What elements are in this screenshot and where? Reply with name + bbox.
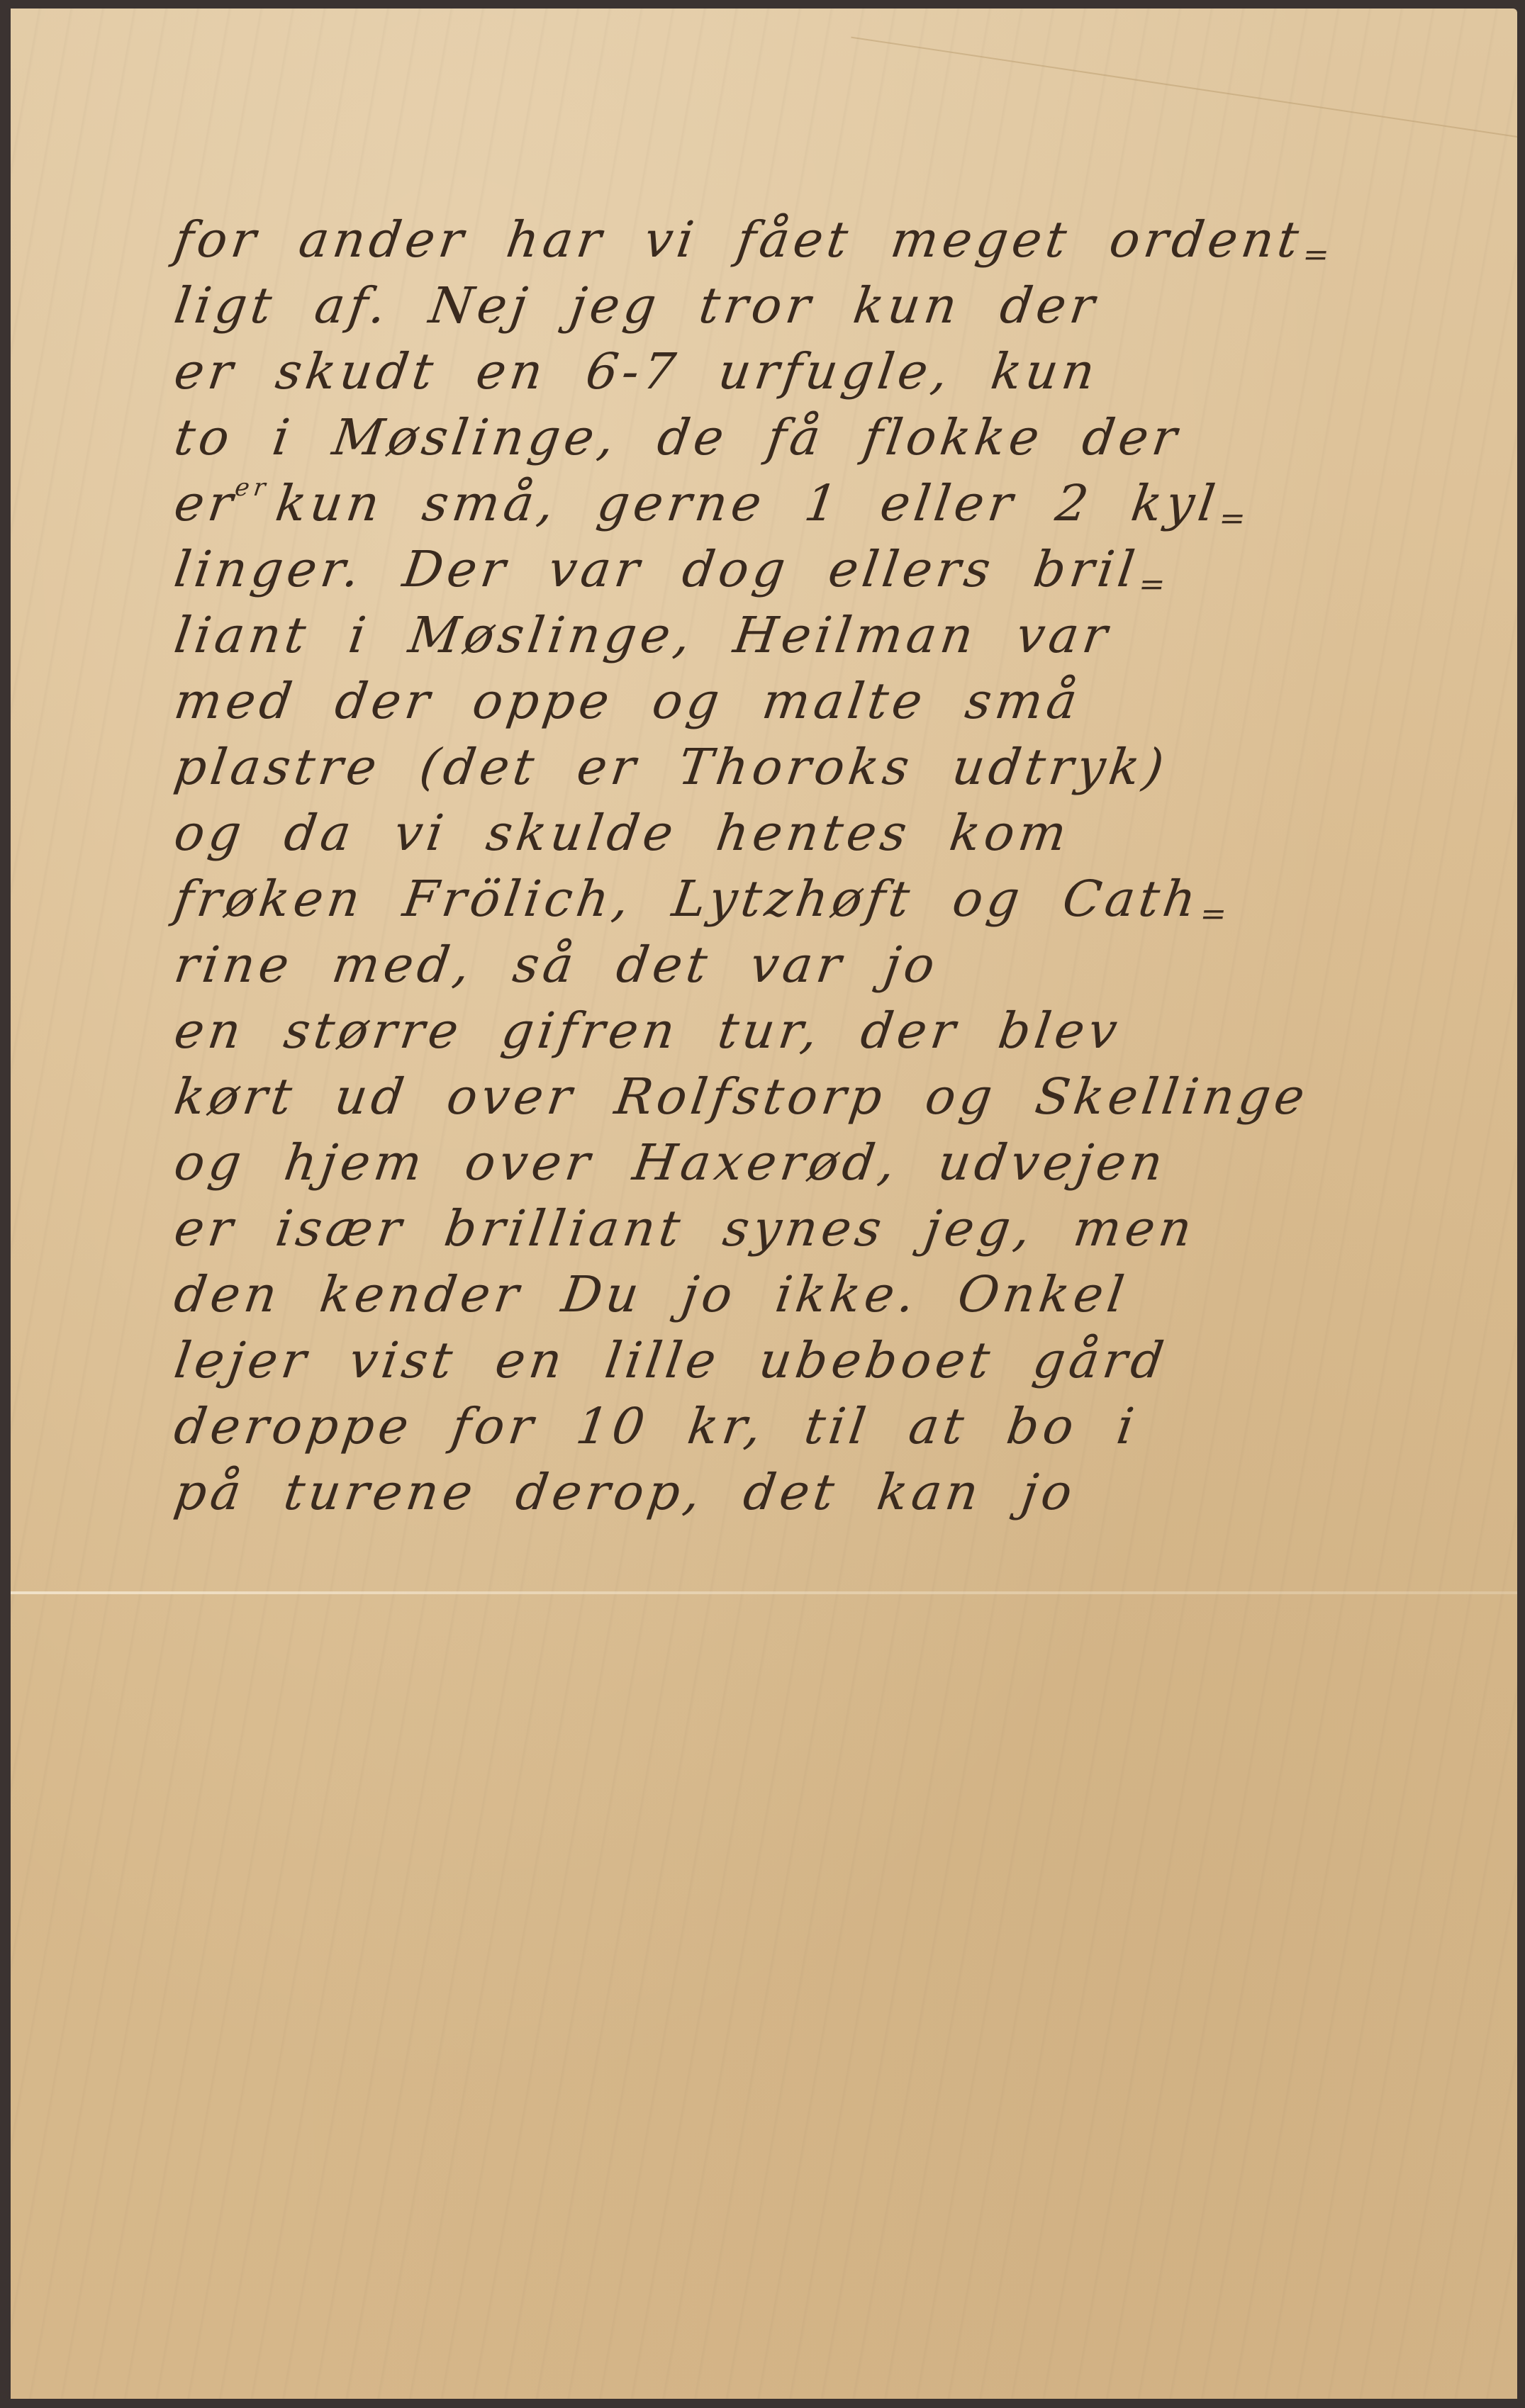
line-text: deroppe for 10 kr, til at bo i: [171, 1397, 1141, 1455]
line-text: og hjem over Haxerød, udvejen: [171, 1133, 1171, 1192]
line-text: den kender Du jo ikke. Onkel: [171, 1265, 1132, 1323]
line-text: for ander har vi fået meget ordent: [171, 211, 1307, 269]
text-line: liant i Møslinge, Heilman var: [170, 603, 1525, 668]
text-line: er især brilliant synes jeg, men: [170, 1196, 1525, 1262]
line-text: liant i Møslinge, Heilman var: [171, 606, 1115, 664]
text-line: og hjem over Haxerød, udvejen: [170, 1130, 1525, 1196]
text-line: er skudt en 6-7 urfugle, kun: [170, 339, 1525, 405]
line-text: og da vi skulde hentes kom: [171, 804, 1074, 862]
line-text: med der oppe og malte små: [171, 672, 1085, 730]
text-line: erer kun små, gerne 1 eller 2 kyl=: [170, 471, 1525, 537]
line-text: rine med, så det var jo: [171, 936, 943, 994]
line-text: er især brilliant synes jeg, men: [171, 1199, 1200, 1258]
line-text: linger. Der var dog ellers bril: [171, 540, 1142, 598]
line-text: kørt ud over Rolfstorp og Skellinge: [171, 1068, 1312, 1126]
text-line: en større gifren tur, der blev: [170, 998, 1525, 1064]
line-text: to i Møslinge, de få flokke der: [171, 408, 1185, 466]
text-line: ligt af. Nej jeg tror kun der: [170, 273, 1525, 339]
text-line: og da vi skulde hentes kom: [170, 800, 1525, 866]
line-text: frøken Frölich, Lytzhøft og Cath: [171, 870, 1204, 928]
text-line: kørt ud over Rolfstorp og Skellinge: [170, 1064, 1525, 1130]
line-text: på turene derop, det kan jo: [171, 1463, 1080, 1521]
text-line: rine med, så det var jo: [170, 932, 1525, 998]
text-line: to i Møslinge, de få flokke der: [170, 405, 1525, 471]
text-line: linger. Der var dog ellers bril=: [170, 537, 1525, 603]
hyphen-mark: =: [1300, 237, 1336, 273]
line-text: ligt af. Nej jeg tror kun der: [171, 276, 1102, 335]
text-line: for ander har vi fået meget ordent=: [170, 207, 1525, 273]
scan-frame: for ander har vi fået meget ordent= ligt…: [0, 0, 1525, 2408]
fold-line: [11, 1591, 1517, 1594]
paper-crease: [851, 37, 1517, 138]
line-text: er kun små, gerne 1 eller 2 kyl: [171, 474, 1223, 532]
text-line: frøken Frölich, Lytzhøft og Cath=: [170, 866, 1525, 932]
line-text: er skudt en 6-7 urfugle, kun: [171, 342, 1102, 401]
line-text: plastre (det er Thoroks udtryk): [171, 738, 1172, 796]
hyphen-mark: =: [1217, 500, 1252, 537]
text-line: på turene derop, det kan jo: [170, 1460, 1525, 1525]
text-line: lejer vist en lille ubeboet gård: [170, 1328, 1525, 1394]
letter-page: for ander har vi fået meget ordent= ligt…: [11, 9, 1517, 2399]
text-line: plastre (det er Thoroks udtryk): [170, 734, 1525, 800]
hyphen-mark: =: [1136, 566, 1172, 603]
line-text: lejer vist en lille ubeboet gård: [171, 1331, 1171, 1389]
text-line: deroppe for 10 kr, til at bo i: [170, 1394, 1525, 1460]
handwritten-text: for ander har vi fået meget ordent= ligt…: [170, 207, 1517, 1525]
text-line: den kender Du jo ikke. Onkel: [170, 1262, 1525, 1328]
text-line: med der oppe og malte små: [170, 668, 1525, 734]
hyphen-mark: =: [1197, 896, 1233, 932]
line-text: en større gifren tur, der blev: [171, 1002, 1125, 1060]
